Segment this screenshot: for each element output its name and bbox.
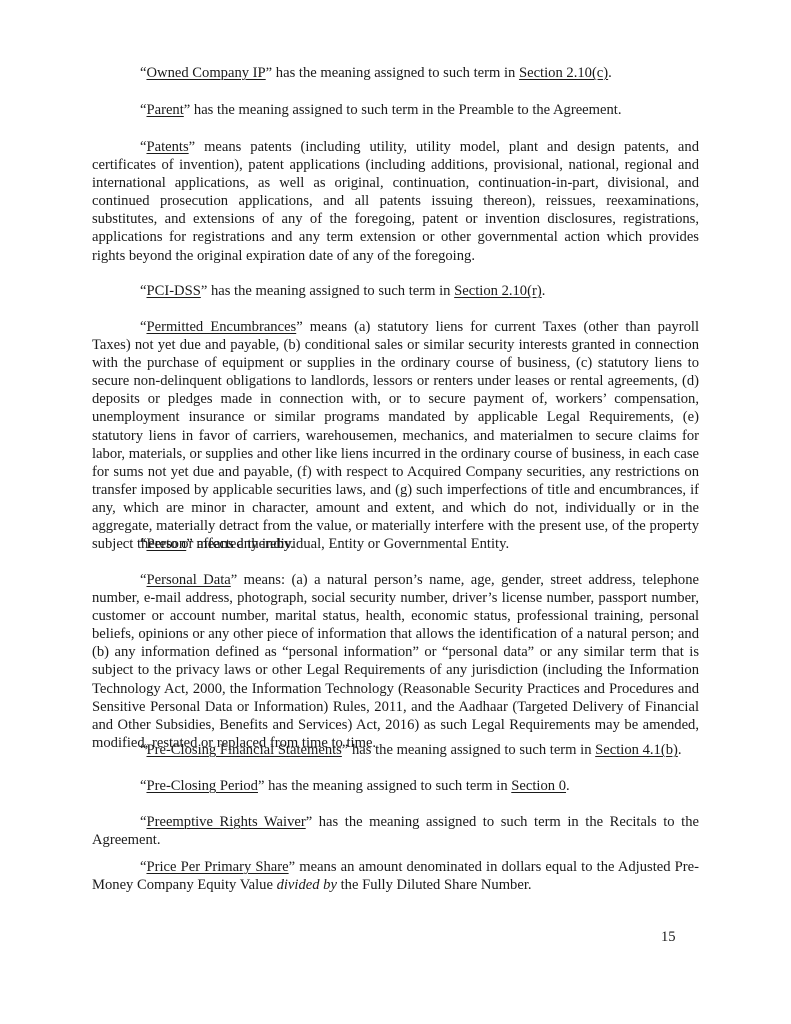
defined-term: Pre-Closing Period: [146, 778, 257, 794]
defined-term: Preemptive Rights Waiver: [146, 814, 305, 830]
definition-pre-closing-financial-statements: “Pre-Closing Financial Statements” has t…: [92, 741, 699, 759]
section-reference: Section 0: [511, 778, 566, 794]
page-number: 15: [661, 928, 676, 946]
section-reference: Section 2.10(r): [454, 283, 542, 299]
definition-permitted-encumbrances: “Permitted Encumbrances” means (a) statu…: [92, 318, 699, 553]
definition-owned-company-ip: “Owned Company IP” has the meaning assig…: [92, 64, 699, 82]
defined-term: Price Per Primary Share: [146, 859, 288, 875]
definition-person: “Person” means any individual, Entity or…: [92, 535, 699, 553]
definition-parent: “Parent” has the meaning assigned to suc…: [92, 101, 699, 119]
defined-term: Permitted Encumbrances: [146, 319, 296, 335]
defined-term: PCI-DSS: [146, 283, 200, 299]
section-reference: Section 4.1(b): [595, 742, 678, 758]
defined-term: Personal Data: [146, 572, 230, 588]
definition-personal-data: “Personal Data” means: (a) a natural per…: [92, 571, 699, 752]
defined-term: Owned Company IP: [146, 65, 265, 81]
definition-patents: “Patents” means patents (including utili…: [92, 138, 699, 265]
section-reference: Section 2.10(c): [519, 65, 608, 81]
definition-pre-closing-period: “Pre-Closing Period” has the meaning ass…: [92, 777, 699, 795]
definition-price-per-primary-share: “Price Per Primary Share” means an amoun…: [92, 858, 699, 894]
italic-phrase: divided by: [277, 877, 337, 893]
defined-term: Parent: [146, 102, 183, 118]
document-page: “Owned Company IP” has the meaning assig…: [0, 0, 791, 1024]
defined-term: Person: [146, 536, 186, 552]
defined-term: Pre-Closing Financial Statements: [146, 742, 341, 758]
defined-term: Patents: [146, 139, 188, 155]
definition-pci-dss: “PCI-DSS” has the meaning assigned to su…: [92, 282, 699, 300]
definition-preemptive-rights-waiver: “Preemptive Rights Waiver” has the meani…: [92, 813, 699, 849]
